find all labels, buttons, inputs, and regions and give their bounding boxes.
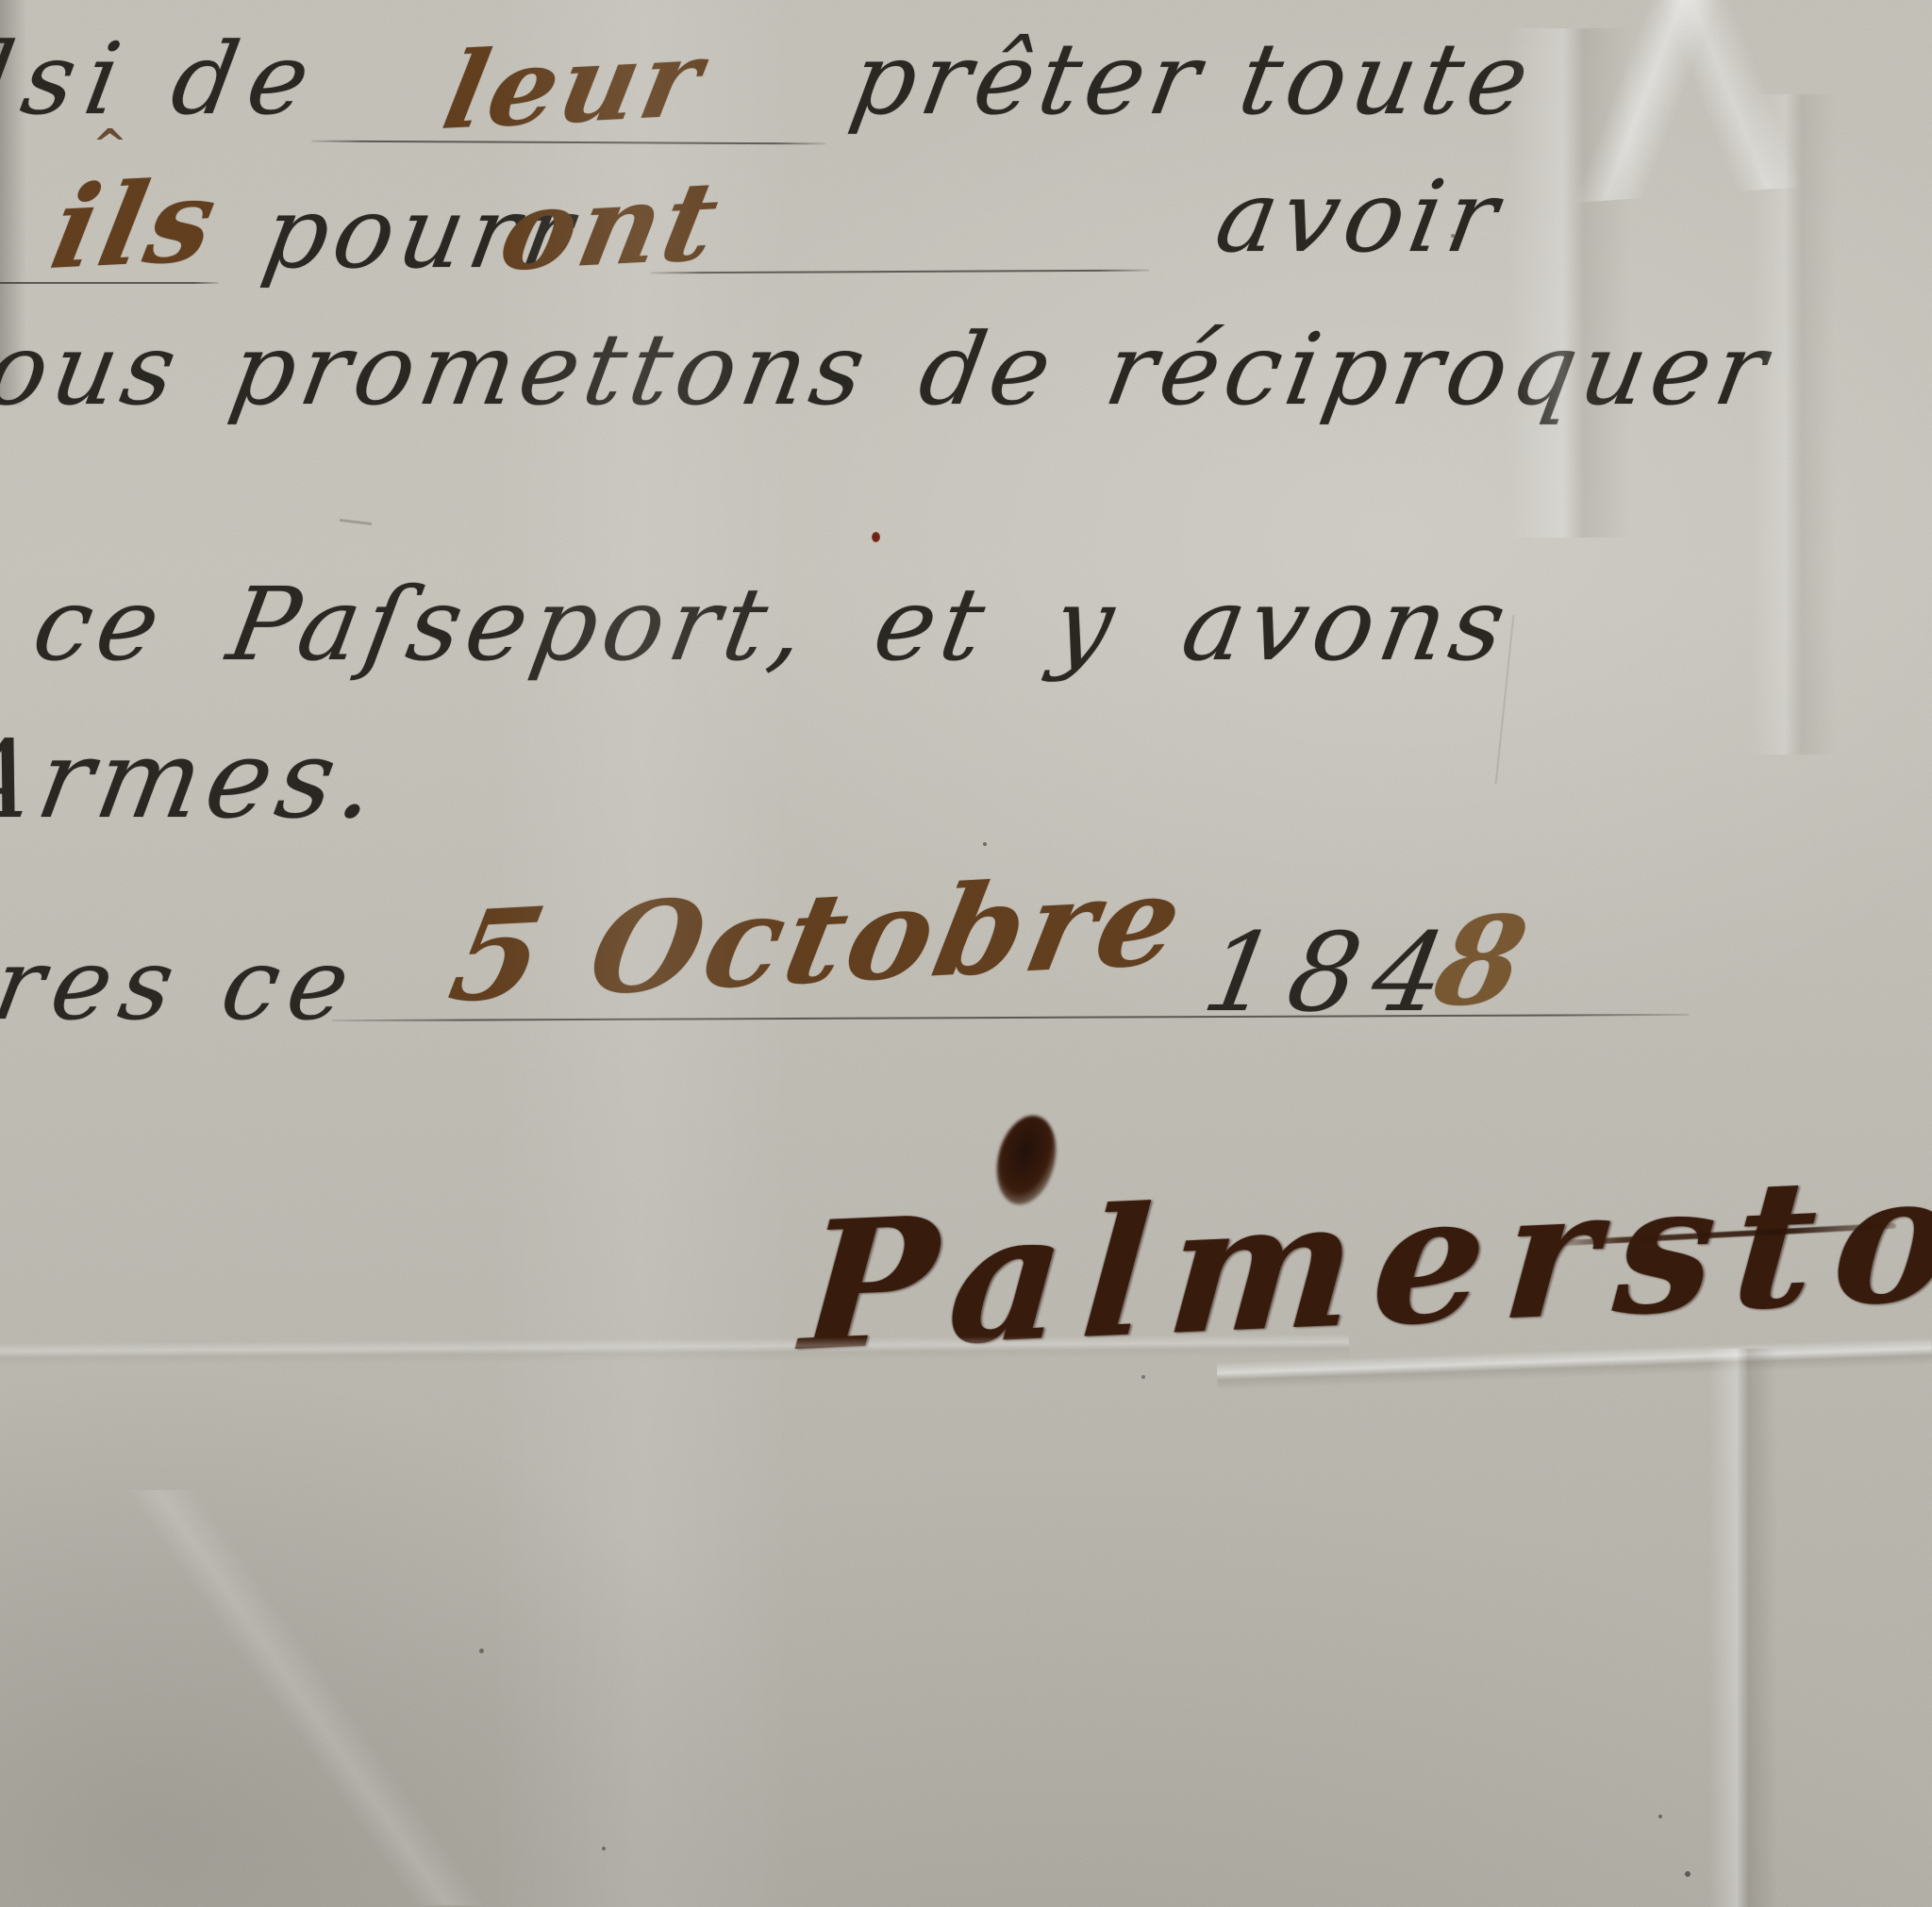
paper-speck (602, 1847, 606, 1850)
paper-speck (1451, 234, 1455, 238)
printed-text-line2-end: avoir (1209, 168, 1510, 267)
printed-text-line4: ce Paſseport, et y avons (26, 575, 1518, 676)
printed-text-line3: ous promettons de réciproquer (0, 321, 1778, 420)
paper-speck (1141, 1375, 1145, 1379)
paper-speck (479, 1649, 484, 1653)
printed-text-line1-start: lsi de (0, 30, 328, 129)
palmerston-signature: Palmerston (797, 1141, 1932, 1375)
printed-year-prefix: 184 (1196, 920, 1468, 1028)
handwritten-fill-in-ils: ils (43, 164, 227, 286)
printed-text-line1-end: prêter toute (844, 30, 1541, 129)
handwritten-overwrite-ont: ont (492, 166, 729, 287)
printed-text-line5: Armes. (0, 726, 391, 835)
pencil-scratch-mark (340, 519, 372, 525)
handwritten-fill-in-leur: leur (436, 26, 712, 145)
paper-speck (1658, 1815, 1662, 1818)
fold-crease-vertical-bottom-right (1709, 1349, 1777, 1907)
printed-text-dateline-start: res ce (0, 936, 366, 1035)
caret-insertion-mark: ^ (92, 124, 127, 166)
red-ink-speck (872, 532, 880, 542)
fold-crease-bottom-left (57, 1490, 547, 1905)
fold-crease-vertical-right (1751, 94, 1836, 755)
fill-in-baseline-rule-line2-mid (651, 270, 1149, 274)
paper-speck (1685, 1871, 1690, 1877)
handwritten-date-day-month: 5 Octobre (441, 858, 1195, 1020)
photographed-passport-document: lsi de leur prêter toute ils ^ pourr ont… (0, 0, 1932, 1907)
paper-speck (311, 804, 316, 809)
paper-speck (983, 842, 987, 846)
